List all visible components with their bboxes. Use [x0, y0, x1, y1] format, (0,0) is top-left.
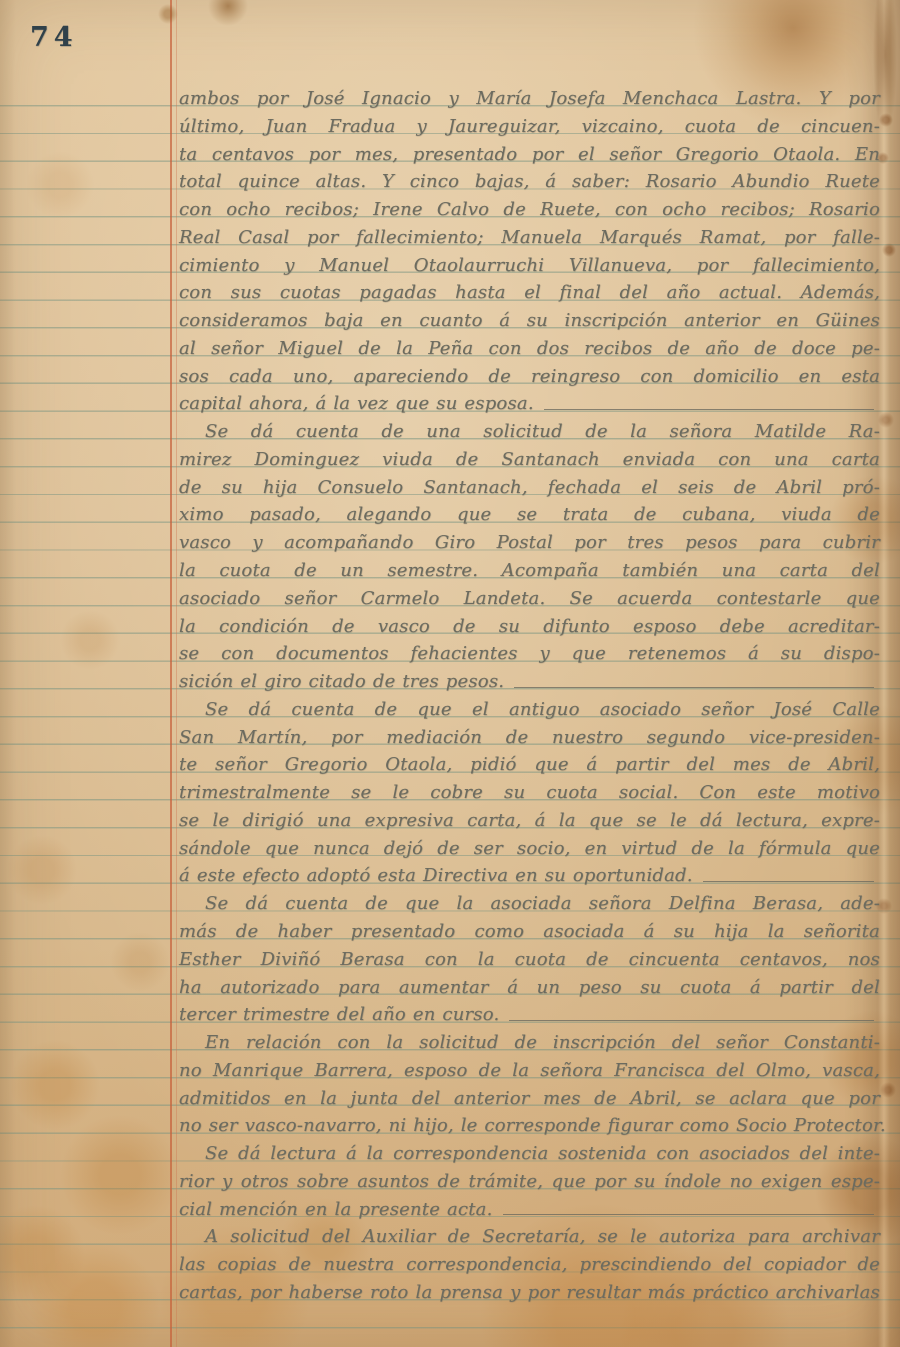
margin-line-secondary — [176, 0, 177, 1347]
text-line: En relación con la solicitud de inscripc… — [179, 1029, 880, 1057]
text-line: sándole que nunca dejó de ser socio, en … — [179, 835, 880, 863]
text-line: Se dá cuenta de que el antiguo asociado … — [179, 696, 880, 724]
handwritten-text: al señor Miguel de la Peña con dos recib… — [179, 338, 880, 359]
handwritten-text: Se dá cuenta de que el antiguo asociado … — [205, 699, 880, 720]
text-line: Se dá lectura á la correspondencia soste… — [179, 1140, 880, 1168]
notebook-page: 74 ambos por José Ignacio y María Josefa… — [0, 0, 900, 1347]
handwritten-text: Se dá lectura á la correspondencia soste… — [205, 1143, 880, 1164]
handwritten-text: ximo pasado, alegando que se trata de cu… — [179, 504, 880, 525]
handwritten-text: A solicitud del Auxiliar de Secretaría, … — [205, 1226, 880, 1247]
handwriting-block: ambos por José Ignacio y María Josefa Me… — [179, 85, 880, 1307]
handwritten-text: Esther Diviñó Berasa con la cuota de cin… — [179, 949, 880, 970]
handwritten-text: En relación con la solicitud de inscripc… — [205, 1032, 880, 1053]
paragraph-end-rule — [509, 1020, 874, 1021]
handwritten-text: sición el giro citado de tres pesos. — [179, 668, 504, 696]
paragraph-end-rule — [544, 409, 874, 410]
text-line: San Martín, por mediación de nuestro seg… — [179, 724, 880, 752]
handwritten-text: cial mención en la presente acta. — [179, 1196, 493, 1224]
text-line: A solicitud del Auxiliar de Secretaría, … — [179, 1223, 880, 1251]
text-line: consideramos baja en cuanto á su inscrip… — [179, 307, 880, 335]
handwritten-text: no ser vasco-navarro, ni hijo, le corres… — [179, 1115, 886, 1136]
handwritten-text: cartas, por haberse roto la prensa y por… — [179, 1282, 880, 1303]
text-line: con ocho recibos; Irene Calvo de Ruete, … — [179, 196, 880, 224]
text-line: vasco y acompañando Giro Postal por tres… — [179, 529, 880, 557]
handwritten-text: con sus cuotas pagadas hasta el final de… — [179, 282, 880, 303]
text-line: ximo pasado, alegando que se trata de cu… — [179, 501, 880, 529]
handwritten-text: mirez Dominguez viuda de Santanach envia… — [179, 449, 880, 470]
handwritten-text: vasco y acompañando Giro Postal por tres… — [179, 532, 880, 553]
text-line: ta centavos por mes, presentado por el s… — [179, 141, 880, 169]
text-line: Se dá cuenta de una solicitud de la seño… — [179, 418, 880, 446]
text-line: la condición de vasco de su difunto espo… — [179, 613, 880, 641]
handwritten-text: Se dá cuenta de una solicitud de la seño… — [205, 421, 880, 442]
text-line: cial mención en la presente acta. — [179, 1196, 880, 1224]
text-line: cimiento y Manuel Otaolaurruchi Villanue… — [179, 252, 880, 280]
handwritten-text: sándole que nunca dejó de ser socio, en … — [179, 838, 880, 859]
handwritten-text: se con documentos fehacientes y que rete… — [179, 643, 880, 664]
handwritten-text: á este efecto adoptó esta Directiva en s… — [179, 862, 693, 890]
handwritten-text: ambos por José Ignacio y María Josefa Me… — [179, 88, 880, 109]
handwritten-text: con ocho recibos; Irene Calvo de Ruete, … — [179, 199, 880, 220]
text-line: admitidos en la junta del anterior mes d… — [179, 1085, 880, 1113]
text-line: rior y otros sobre asuntos de trámite, q… — [179, 1168, 880, 1196]
text-line: sos cada uno, apareciendo de reingreso c… — [179, 363, 880, 391]
handwritten-text: tercer trimestre del año en curso. — [179, 1001, 499, 1029]
paragraph-end-rule — [703, 881, 874, 882]
text-line: se le dirigió una expresiva carta, á la … — [179, 807, 880, 835]
text-line: la cuota de un semestre. Acompaña tambié… — [179, 557, 880, 585]
handwritten-text: la cuota de un semestre. Acompaña tambié… — [179, 560, 880, 581]
handwritten-text: capital ahora, á la vez que su esposa. — [179, 390, 534, 418]
text-line: las copias de nuestra correspondencia, p… — [179, 1251, 880, 1279]
text-line: asociado señor Carmelo Landeta. Se acuer… — [179, 585, 880, 613]
page-number: 74 — [30, 22, 78, 53]
text-line: mirez Dominguez viuda de Santanach envia… — [179, 446, 880, 474]
paragraph-end-rule — [503, 1214, 875, 1215]
text-line: con sus cuotas pagadas hasta el final de… — [179, 279, 880, 307]
text-line: no ser vasco-navarro, ni hijo, le corres… — [179, 1112, 880, 1140]
text-line: Real Casal por fallecimiento; Manuela Ma… — [179, 224, 880, 252]
handwritten-text: San Martín, por mediación de nuestro seg… — [179, 727, 880, 748]
handwritten-text: no Manrique Barrera, esposo de la señora… — [179, 1060, 880, 1081]
text-line: te señor Gregorio Otaola, pidió que á pa… — [179, 751, 880, 779]
handwritten-text: trimestralmente se le cobre su cuota soc… — [179, 782, 880, 803]
text-line: de su hija Consuelo Santanach, fechada e… — [179, 474, 880, 502]
handwritten-text: cimiento y Manuel Otaolaurruchi Villanue… — [179, 255, 880, 276]
text-line: cartas, por haberse roto la prensa y por… — [179, 1279, 880, 1307]
handwritten-text: admitidos en la junta del anterior mes d… — [179, 1088, 880, 1109]
handwritten-text: sos cada uno, apareciendo de reingreso c… — [179, 366, 880, 387]
text-line: ambos por José Ignacio y María Josefa Me… — [179, 85, 880, 113]
text-line: tercer trimestre del año en curso. — [179, 1001, 880, 1029]
handwritten-text: total quince altas. Y cinco bajas, á sab… — [179, 171, 880, 192]
handwritten-text: rior y otros sobre asuntos de trámite, q… — [179, 1171, 880, 1192]
text-line: capital ahora, á la vez que su esposa. — [179, 390, 880, 418]
handwritten-text: Real Casal por fallecimiento; Manuela Ma… — [179, 227, 880, 248]
text-line: ha autorizado para aumentar á un peso su… — [179, 974, 880, 1002]
text-line: más de haber presentado como asociada á … — [179, 918, 880, 946]
handwritten-text: asociado señor Carmelo Landeta. Se acuer… — [179, 588, 880, 609]
text-line: trimestralmente se le cobre su cuota soc… — [179, 779, 880, 807]
handwritten-text: ta centavos por mes, presentado por el s… — [179, 144, 880, 165]
paragraph-end-rule — [514, 687, 874, 688]
text-line: total quince altas. Y cinco bajas, á sab… — [179, 168, 880, 196]
text-line: al señor Miguel de la Peña con dos recib… — [179, 335, 880, 363]
text-line: Se dá cuenta de que la asociada señora D… — [179, 890, 880, 918]
text-line: no Manrique Barrera, esposo de la señora… — [179, 1057, 880, 1085]
handwritten-text: la condición de vasco de su difunto espo… — [179, 616, 880, 637]
text-line: último, Juan Fradua y Jaureguizar, vizca… — [179, 113, 880, 141]
handwritten-text: ha autorizado para aumentar á un peso su… — [179, 977, 880, 998]
handwritten-text: de su hija Consuelo Santanach, fechada e… — [179, 477, 880, 498]
handwritten-text: Se dá cuenta de que la asociada señora D… — [205, 893, 880, 914]
handwritten-text: consideramos baja en cuanto á su inscrip… — [179, 310, 880, 331]
text-line: sición el giro citado de tres pesos. — [179, 668, 880, 696]
text-line: Esther Diviñó Berasa con la cuota de cin… — [179, 946, 880, 974]
handwritten-text: te señor Gregorio Otaola, pidió que á pa… — [179, 754, 880, 775]
text-line: á este efecto adoptó esta Directiva en s… — [179, 862, 880, 890]
margin-line — [170, 0, 172, 1347]
handwritten-text: las copias de nuestra correspondencia, p… — [179, 1254, 880, 1275]
handwritten-text: más de haber presentado como asociada á … — [179, 921, 880, 942]
handwritten-text: último, Juan Fradua y Jaureguizar, vizca… — [179, 116, 880, 137]
text-line: se con documentos fehacientes y que rete… — [179, 640, 880, 668]
handwritten-text: se le dirigió una expresiva carta, á la … — [179, 810, 880, 831]
